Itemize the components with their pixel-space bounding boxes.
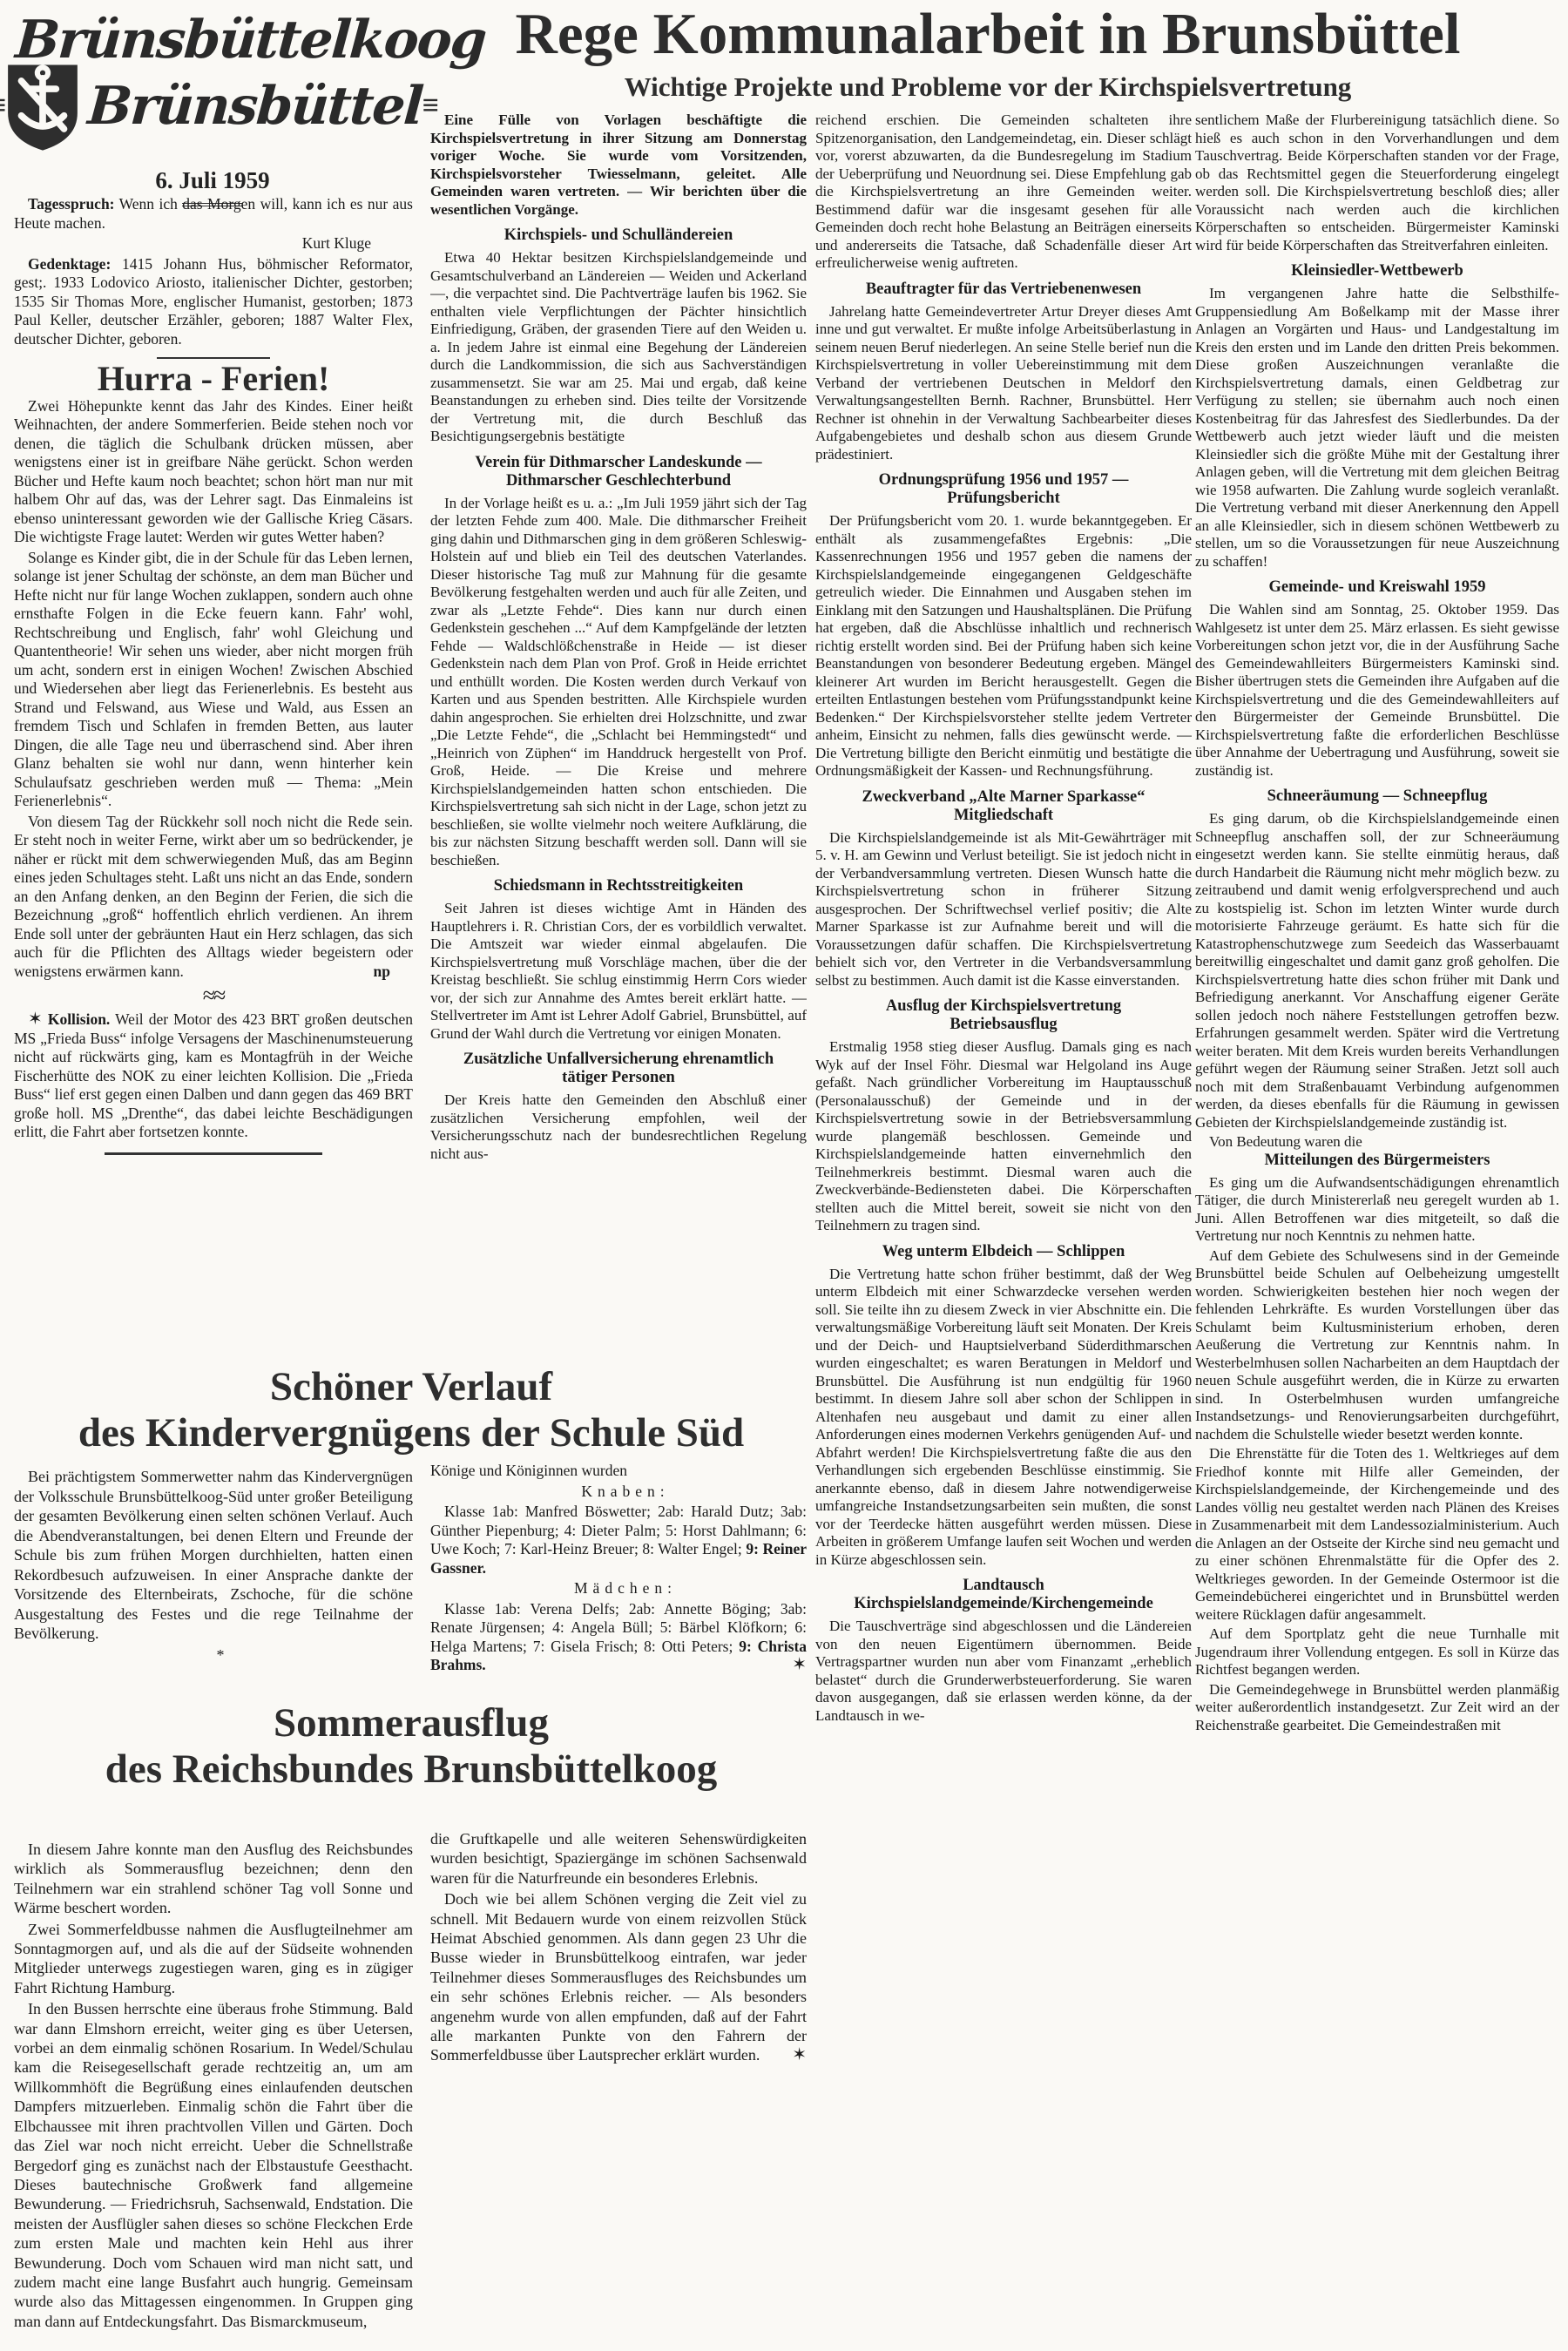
heading-line2: Mitgliedschaft [954,807,1053,824]
star-icon: ✶ [778,2045,807,2064]
section-body: Seit Jahren ist dieses wichtige Amt in H… [430,900,807,1043]
mitteilungen-paragraph-3: Die Ehrenstätte für die Toten des 1. Wel… [1195,1445,1559,1624]
section-body: Der Prüfungsbericht vom 20. 1. wurde bek… [815,512,1192,780]
article-headline-sommerausflug: Sommerausflug des Reichsbundes Brunsbütt… [14,1700,808,1793]
article-title-hurra-ferien: Hurra - Ferien! [14,369,413,388]
heading-line1: Verein für Dithmarscher Landeskunde — [475,454,761,471]
sommerausflug-cont-text: Doch wie bei allem Schönen verging die Z… [430,1890,807,2064]
knaben-label: Knaben: [430,1483,807,1502]
note-line: Von Bedeutung waren die [1195,1133,1559,1152]
schoener-intro: Bei prächtigstem Sommerwetter nahm das K… [14,1467,413,1644]
newspaper-page: Brünsbüttelkoog ≡ Brünsbüttel ≡ 6. Juli … [0,0,1568,2351]
section-body: Die Wahlen sind am Sonntag, 25. Oktober … [1195,601,1559,780]
hurra-paragraph-2: Solange es Kinder gibt, die in der Schul… [14,549,413,811]
section-body: Im vergangenen Jahre hatte die Selbsthil… [1195,285,1559,571]
mitteilungen-paragraph-2: Auf dem Gebiete des Schulwesens sind in … [1195,1247,1559,1444]
heading-line2: Dithmarscher Geschlechterbund [506,472,731,490]
sommerausflug-paragraph-3: In den Bussen herrschte eine überaus fro… [14,1999,413,2331]
section-heading: Ausflug der KirchspielsvertretungBetrieb… [815,997,1192,1034]
kollision-label: Kollision. [48,1010,110,1028]
schoener-verlauf-col1: Bei prächtigstem Sommerwetter nahm das K… [14,1467,413,1697]
section-heading: Zweckverband „Alte Marner Sparkasse“Mitg… [815,788,1192,825]
heading-line2: tätiger Personen [562,1069,675,1086]
section-heading: Schiedsmann in Rechtsstreitigkeiten [430,877,807,895]
tagesspruch-author: Kurt Kluge [14,234,413,253]
gedenktage: Gedenktage: 1415 Johann Hus, böhmischer … [14,255,413,349]
headline-line1: Sommerausflug [14,1700,808,1746]
headline-line2: des Reichsbundes Brunsbüttelkoog [14,1746,808,1793]
column-4: sentlichem Maße der Flurbereinigung tats… [1195,111,1559,2124]
section-body: Die Tauschverträge sind abgeschlossen un… [815,1618,1192,1725]
squiggle-divider: ≈≈ [14,984,413,1007]
report-lead: Eine Fülle von Vorlagen beschäftigte die… [430,111,807,219]
knaben-list: Klasse 1ab: Manfred Böswetter; 2ab: Hara… [430,1503,807,1577]
section-body: Etwa 40 Hektar besitzen Kirchspielslandg… [430,249,807,446]
maedchen-list: Klasse 1ab: Verena Delfs; 2ab: Annette B… [430,1600,807,1675]
tagesspruch: Tagesspruch: Wenn ich das Morgen will, k… [14,195,413,233]
issue-date: 6. Juli 1959 [16,167,409,194]
section-heading: Mitteilungen des Bürgermeisters [1195,1152,1559,1170]
heading-line1: Zusätzliche Unfallversicherung ehrenamtl… [463,1051,774,1068]
heading-line1: Ordnungsprüfung 1956 und 1957 — [879,471,1129,489]
section-heading: Kirchspiels- und Schulländereien [430,226,807,245]
masthead: Brünsbüttelkoog ≡ Brünsbüttel ≡ 6. Juli … [16,14,409,206]
section-body: Der Kreis hatte den Gemeinden den Abschl… [430,1091,807,1163]
heading-line1: Landtausch [963,1577,1044,1594]
section-body: Es ging darum, ob die Kirchspielslandgem… [1195,810,1559,1132]
star-icon: ✶ [778,1656,807,1675]
sommerausflug-paragraph-1: In diesem Jahre konnte man den Ausflug d… [14,1840,413,1918]
main-headline: Rege Kommunalarbeit in Brunsbüttel Wicht… [416,3,1559,103]
continuation-paragraph: sentlichem Maße der Flurbereinigung tats… [1195,111,1559,254]
sommerausflug-col2: die Gruftkapelle und alle weiteren Sehen… [430,1829,807,2117]
section-heading: Schneeräumung — Schneepflug [1195,787,1559,806]
anchor-shield-icon [3,59,83,153]
maedchen-label: Mädchen: [430,1579,807,1598]
section-heading: Weg unterm Elbdeich — Schlippen [815,1243,1192,1261]
section-body: Die Vertretung hatte schon früher bestim… [815,1266,1192,1570]
koenige-line: Könige und Königinnen wurden [430,1462,807,1481]
kollision-text: Weil der Motor des 423 BRT großen deutsc… [14,1010,413,1140]
section-heading: Beauftragter für das Vertriebenenwesen [815,280,1192,299]
hurra-paragraph-3-text: Von diesem Tag der Rückkehr soll noch ni… [14,813,413,980]
sommerausflug-cont-paragraph-1: die Gruftkapelle und alle weiteren Sehen… [430,1829,807,1888]
star-icon: ✶ [28,1010,43,1029]
section-body: Jahrelang hatte Gemeindevertreter Artur … [815,303,1192,464]
headline-subtitle: Wichtige Projekte und Probleme vor der K… [416,71,1559,103]
section-heading: Kleinsiedler-Wettbewerb [1195,262,1559,280]
section-heading: Gemeinde- und Kreiswahl 1959 [1195,578,1559,597]
author-initials: np [360,963,413,982]
continuation-paragraph: reichend erschien. Die Gemeinden schalte… [815,111,1192,273]
hurra-paragraph-1: Zwei Höhepunkte kennt das Jahr des Kinde… [14,397,413,547]
article-headline-schoener-verlauf: Schöner Verlauf des Kindervergnügens der… [14,1364,808,1456]
column-2: Eine Fülle von Vorlagen beschäftigte die… [430,111,807,1362]
section-heading: Ordnungsprüfung 1956 und 1957 —Prüfungsb… [815,471,1192,508]
gedenktage-label: Gedenktage: [28,255,111,273]
tagesspruch-label: Tagesspruch: [28,195,115,213]
sommerausflug-col1: In diesem Jahre konnte man den Ausflug d… [14,1840,413,2347]
masthead-title-line1: Brünsbüttelkoog [14,14,411,66]
section-body: Erstmalig 1958 stieg dieser Ausflug. Dam… [815,1038,1192,1235]
mitteilungen-paragraph-4: Auf dem Sportplatz geht die neue Turnhal… [1195,1625,1559,1679]
asterisk-divider: * [14,1645,413,1665]
headline-line1: Schöner Verlauf [14,1364,808,1410]
heading-line1: Zweckverband „Alte Marner Sparkasse“ [862,788,1146,806]
schoener-verlauf-col2: Könige und Königinnen wurden Knaben: Kla… [430,1462,807,1695]
section-body: Die Kirchspielslandgemeinde ist als Mit-… [815,829,1192,990]
sommerausflug-paragraph-2: Zwei Sommerfeldbusse nahmen die Ausflugt… [14,1920,413,1998]
masthead-title-line2: Brünsbüttel [86,80,424,132]
sommerausflug-cont-paragraph-2: Doch wie bei allem Schönen verging die Z… [430,1889,807,2065]
kollision-item: ✶ Kollision. Weil der Motor des 423 BRT … [14,1010,413,1142]
heading-line2: Prüfungsbericht [947,490,1060,507]
section-heading: Verein für Dithmarscher Landeskunde —Dit… [430,454,807,490]
section-heading: Zusätzliche Unfallversicherung ehrenamtl… [430,1051,807,1087]
heading-line1: Ausflug der Kirchspielsvertretung [886,997,1121,1015]
masthead-row2: ≡ Brünsbüttel ≡ [16,59,409,153]
column-1: Tagesspruch: Wenn ich das Morgen will, k… [14,195,413,1348]
headline-title: Rege Kommunalarbeit in Brunsbüttel [416,3,1559,64]
headline-line2: des Kindervergnügens der Schule Süd [14,1410,808,1456]
heading-line2: Betriebsausflug [950,1016,1057,1033]
column-3: reichend erschien. Die Gemeinden schalte… [815,111,1192,2125]
section-body: In der Vorlage heißt es u. a.: „Im Juli … [430,495,807,870]
mitteilungen-paragraph-1: Es ging um die Aufwandsentschädigungen e… [1195,1174,1559,1246]
heading-line2: Kirchspielslandgemeinde/Kirchengemeinde [854,1595,1153,1612]
section-heading: LandtauschKirchspielslandgemeinde/Kirche… [815,1577,1192,1613]
divider-rule [105,1152,322,1155]
hurra-paragraph-3: Von diesem Tag der Rückkehr soll noch ni… [14,813,413,982]
mitteilungen-paragraph-5: Die Gemeindegehwege in Brunsbüttel werde… [1195,1681,1559,1735]
